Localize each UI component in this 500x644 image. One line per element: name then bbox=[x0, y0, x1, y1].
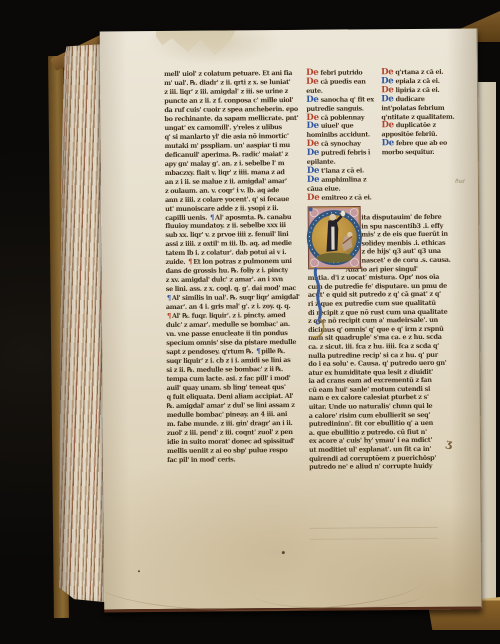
illuminated-initial-p bbox=[305, 205, 368, 347]
manuscript-line: nascet' e de coru .s. causa. bbox=[361, 256, 463, 265]
line-text: sub xx. liqr' v. z prvoe iiii z. fenuil'… bbox=[165, 230, 288, 239]
paraph-mark: ¶ bbox=[210, 213, 214, 221]
contents-entry-text: q'rtana z cā ei. bbox=[395, 68, 443, 76]
physician-with-urine-flask-icon bbox=[305, 205, 368, 347]
line-text: z xv. amigdal' dulc' z amar'. an i xvn bbox=[166, 275, 283, 284]
ink-speck bbox=[138, 570, 140, 572]
line-text: mutaki m' psspliam. un' aaspiar ti mu bbox=[165, 141, 290, 150]
line-text: ℞. amigdal' amar' z dul' se lini assam z bbox=[167, 401, 295, 410]
line-text: Et lon potras z pulmonem uni bbox=[193, 257, 292, 266]
line-text: amar'. an 4 i. gris mal' g'. z i. zoy. q… bbox=[166, 302, 291, 311]
paraph-mark: ¶ bbox=[188, 258, 192, 266]
contents-entry-text: epiala z cā ei. bbox=[395, 77, 439, 85]
de-initial: De bbox=[307, 192, 319, 202]
contents-entry: Deamphimlina z cāua eiue. bbox=[307, 175, 381, 193]
line-text: m' ual'. ℞. diadr' z ii. qrti z x. se lu… bbox=[164, 78, 290, 87]
line-text: se lini. ass. z x. coql. q. g'. dai mod'… bbox=[166, 284, 296, 293]
contents-entry-text: emitreo z cā ei. bbox=[321, 193, 371, 201]
line-text: m. fabe munde. z iii. gin' dragr' an i i… bbox=[167, 419, 293, 428]
contents-entry: Desanocha q' fit ex putredīe sanguis. bbox=[306, 95, 380, 113]
manuscript-line: do i ea solu' e. Causa. q' putredo uero … bbox=[308, 359, 464, 369]
contents-entry-text: cā poblennay bbox=[321, 113, 365, 121]
manuscript-line: fac pil' in mod' ceris. bbox=[167, 454, 312, 464]
de-initial: De bbox=[306, 121, 318, 131]
water-stain bbox=[156, 30, 236, 56]
line-text: si z ii. ℞. medulle se bombac' z ii ℞. bbox=[166, 365, 283, 374]
line-text: q fuit eliquata. Deni aliam accipiat. Al… bbox=[167, 392, 294, 401]
contents-entry-text: lipiria z cā ei. bbox=[395, 86, 439, 94]
ghost-ruling bbox=[310, 527, 438, 540]
line-text: idie in suito morat' donec ad spissitud' bbox=[167, 437, 295, 446]
line-text: mellis ueniit z ai eo sbp' pulue respo bbox=[167, 446, 287, 455]
paraph-mark: ¶ bbox=[256, 347, 260, 355]
de-initial: De bbox=[382, 138, 394, 148]
contents-entry: Deputredī febris ī epilante. bbox=[307, 148, 381, 166]
contents-entry-text: cā synochay bbox=[321, 140, 361, 148]
line-text: tempa cum lacte. asi. z fac pill' i mod' bbox=[166, 374, 290, 383]
line-text: ann z iiii. z colare yocent'. q' si feca… bbox=[165, 195, 289, 204]
left-text-column: mell' uiol' z colatum petuare. Et ani fi… bbox=[164, 69, 312, 468]
manuscript-line: putredo ne' e aliud n' corrupte huidy bbox=[309, 462, 465, 472]
line-text: da ruf cuis' cuoir z spea ancheberin. ep… bbox=[164, 105, 298, 114]
contents-list-column-b: Deq'rtana z cā ei.Deepiala z cā ei.Delip… bbox=[381, 68, 459, 158]
paraph-mark: ¶ bbox=[167, 312, 171, 320]
line-text: an z i ii. se malue z ii. amigdal' amar' bbox=[165, 177, 287, 186]
line-text: tatem lb i. z colatur'. dab potui ai v i… bbox=[165, 248, 286, 257]
line-text: Al' aposmta. ℞. canabu bbox=[215, 212, 291, 221]
contents-entry-text: febri putrido bbox=[320, 68, 362, 76]
manuscript-page: mell' uiol' z colatum petuare. Et ani fi… bbox=[100, 29, 483, 613]
line-text: ut' munoiscare adde z ii. ysopi z ii. bbox=[165, 204, 278, 213]
line-text: ungat' ex camomill'. y'reles z ulibus bbox=[164, 123, 281, 132]
photo-background: mell' uiol' z colatum petuare. Et ani fi… bbox=[0, 0, 500, 644]
line-text: suqr liquir' z i. cb z i i. amidi se lin… bbox=[166, 356, 290, 365]
contents-entry: Deuiuel' que hominibs accidunt. bbox=[306, 122, 380, 140]
line-text: sapt z pendosey. q'rtum ℞. bbox=[166, 347, 255, 356]
line-text: capilli uenis. bbox=[165, 213, 209, 221]
contents-entry: Dedudicare int'polatas febrium q'ntitate… bbox=[381, 94, 458, 121]
line-text: bo rechinante. da sapam mellicrate. pnt' bbox=[164, 114, 298, 123]
contents-entry-text: t'iana z cā ei. bbox=[321, 166, 364, 174]
line-text: apy gn' malay g'. an. z i. sebelbe l' m bbox=[165, 159, 285, 168]
line-text: zuide. bbox=[166, 258, 188, 266]
line-text: fluuioy mundatoy. z ii. sebelbe xxx iii bbox=[165, 222, 286, 231]
line-text: pille ℞. bbox=[261, 347, 285, 355]
line-text: z oulaum. an. v. coqr' i v. lb. aq ade bbox=[165, 186, 279, 195]
contents-list-column-a: Defebri putridoDecā puedīs ean eute.Desa… bbox=[306, 68, 381, 202]
line-text: Al' ℞. fuqr. liquir'. z i. pincty. amed bbox=[172, 311, 286, 320]
de-initial: De bbox=[306, 77, 318, 87]
line-text: vn. vne passe enucleate ii tin pondus bbox=[166, 329, 287, 338]
contents-entry: Decā puedīs ean eute. bbox=[306, 77, 380, 95]
line-text: auil' quay unam. sb ling' teneat qus' bbox=[166, 383, 285, 392]
de-initial: De bbox=[307, 175, 319, 185]
contents-entry: Defebre que ab eo morbo sequitur. bbox=[382, 139, 459, 157]
de-initial: De bbox=[306, 94, 318, 104]
line-text: deficanuil' aperima. ℞. radic' maiat' z bbox=[165, 150, 289, 159]
margin-note: Bud bbox=[455, 178, 465, 185]
line-text: dulc' z amar'. medulle se bombac' an. bbox=[166, 320, 290, 329]
de-initial: De bbox=[381, 121, 393, 131]
line-text: z iii. liqr' z iii. amigdal' z iii. se u… bbox=[164, 87, 288, 96]
parchment-crease bbox=[254, 581, 424, 609]
line-text: assi z iiii. z oxtil' m iii. lb. aq. ad … bbox=[165, 239, 291, 248]
line-text: mell' uiol' z colatum petuare. Et ani fi… bbox=[164, 69, 292, 78]
ink-speck bbox=[282, 551, 285, 554]
line-text: Al' similis in ual'. ℞. suqr liqr' amigd… bbox=[172, 293, 300, 302]
de-initial: De bbox=[307, 148, 319, 158]
paraph-mark: ¶ bbox=[167, 294, 171, 302]
line-text: q' si manlarto yl' die asia nō inmortic' bbox=[165, 132, 289, 141]
contents-entry: Deemitreo z cā ei. bbox=[307, 193, 381, 202]
contents-entry: Deduplicatōe z appositōe febriū. bbox=[381, 121, 458, 139]
line-text: puncte an z ii. z f. conposa c' mille ui… bbox=[164, 96, 293, 105]
line-text: medulle bombac' pineay. an 4 iii. ani bbox=[167, 410, 287, 419]
line-text: fac pil' in mod' ceris. bbox=[167, 455, 235, 464]
line-text: specium omnis' sise da pistare medulle bbox=[166, 338, 296, 347]
line-text: zuol' z iii. pend' z iii. coqnt' zuol' z… bbox=[167, 428, 293, 437]
line-text: mbaczxy. fiait v. liqr' z iiii. mana z a… bbox=[165, 168, 285, 177]
line-text: dans de grossis hu. ℞. foliy z i. pincty bbox=[166, 266, 288, 275]
de-initial: De bbox=[381, 94, 393, 104]
